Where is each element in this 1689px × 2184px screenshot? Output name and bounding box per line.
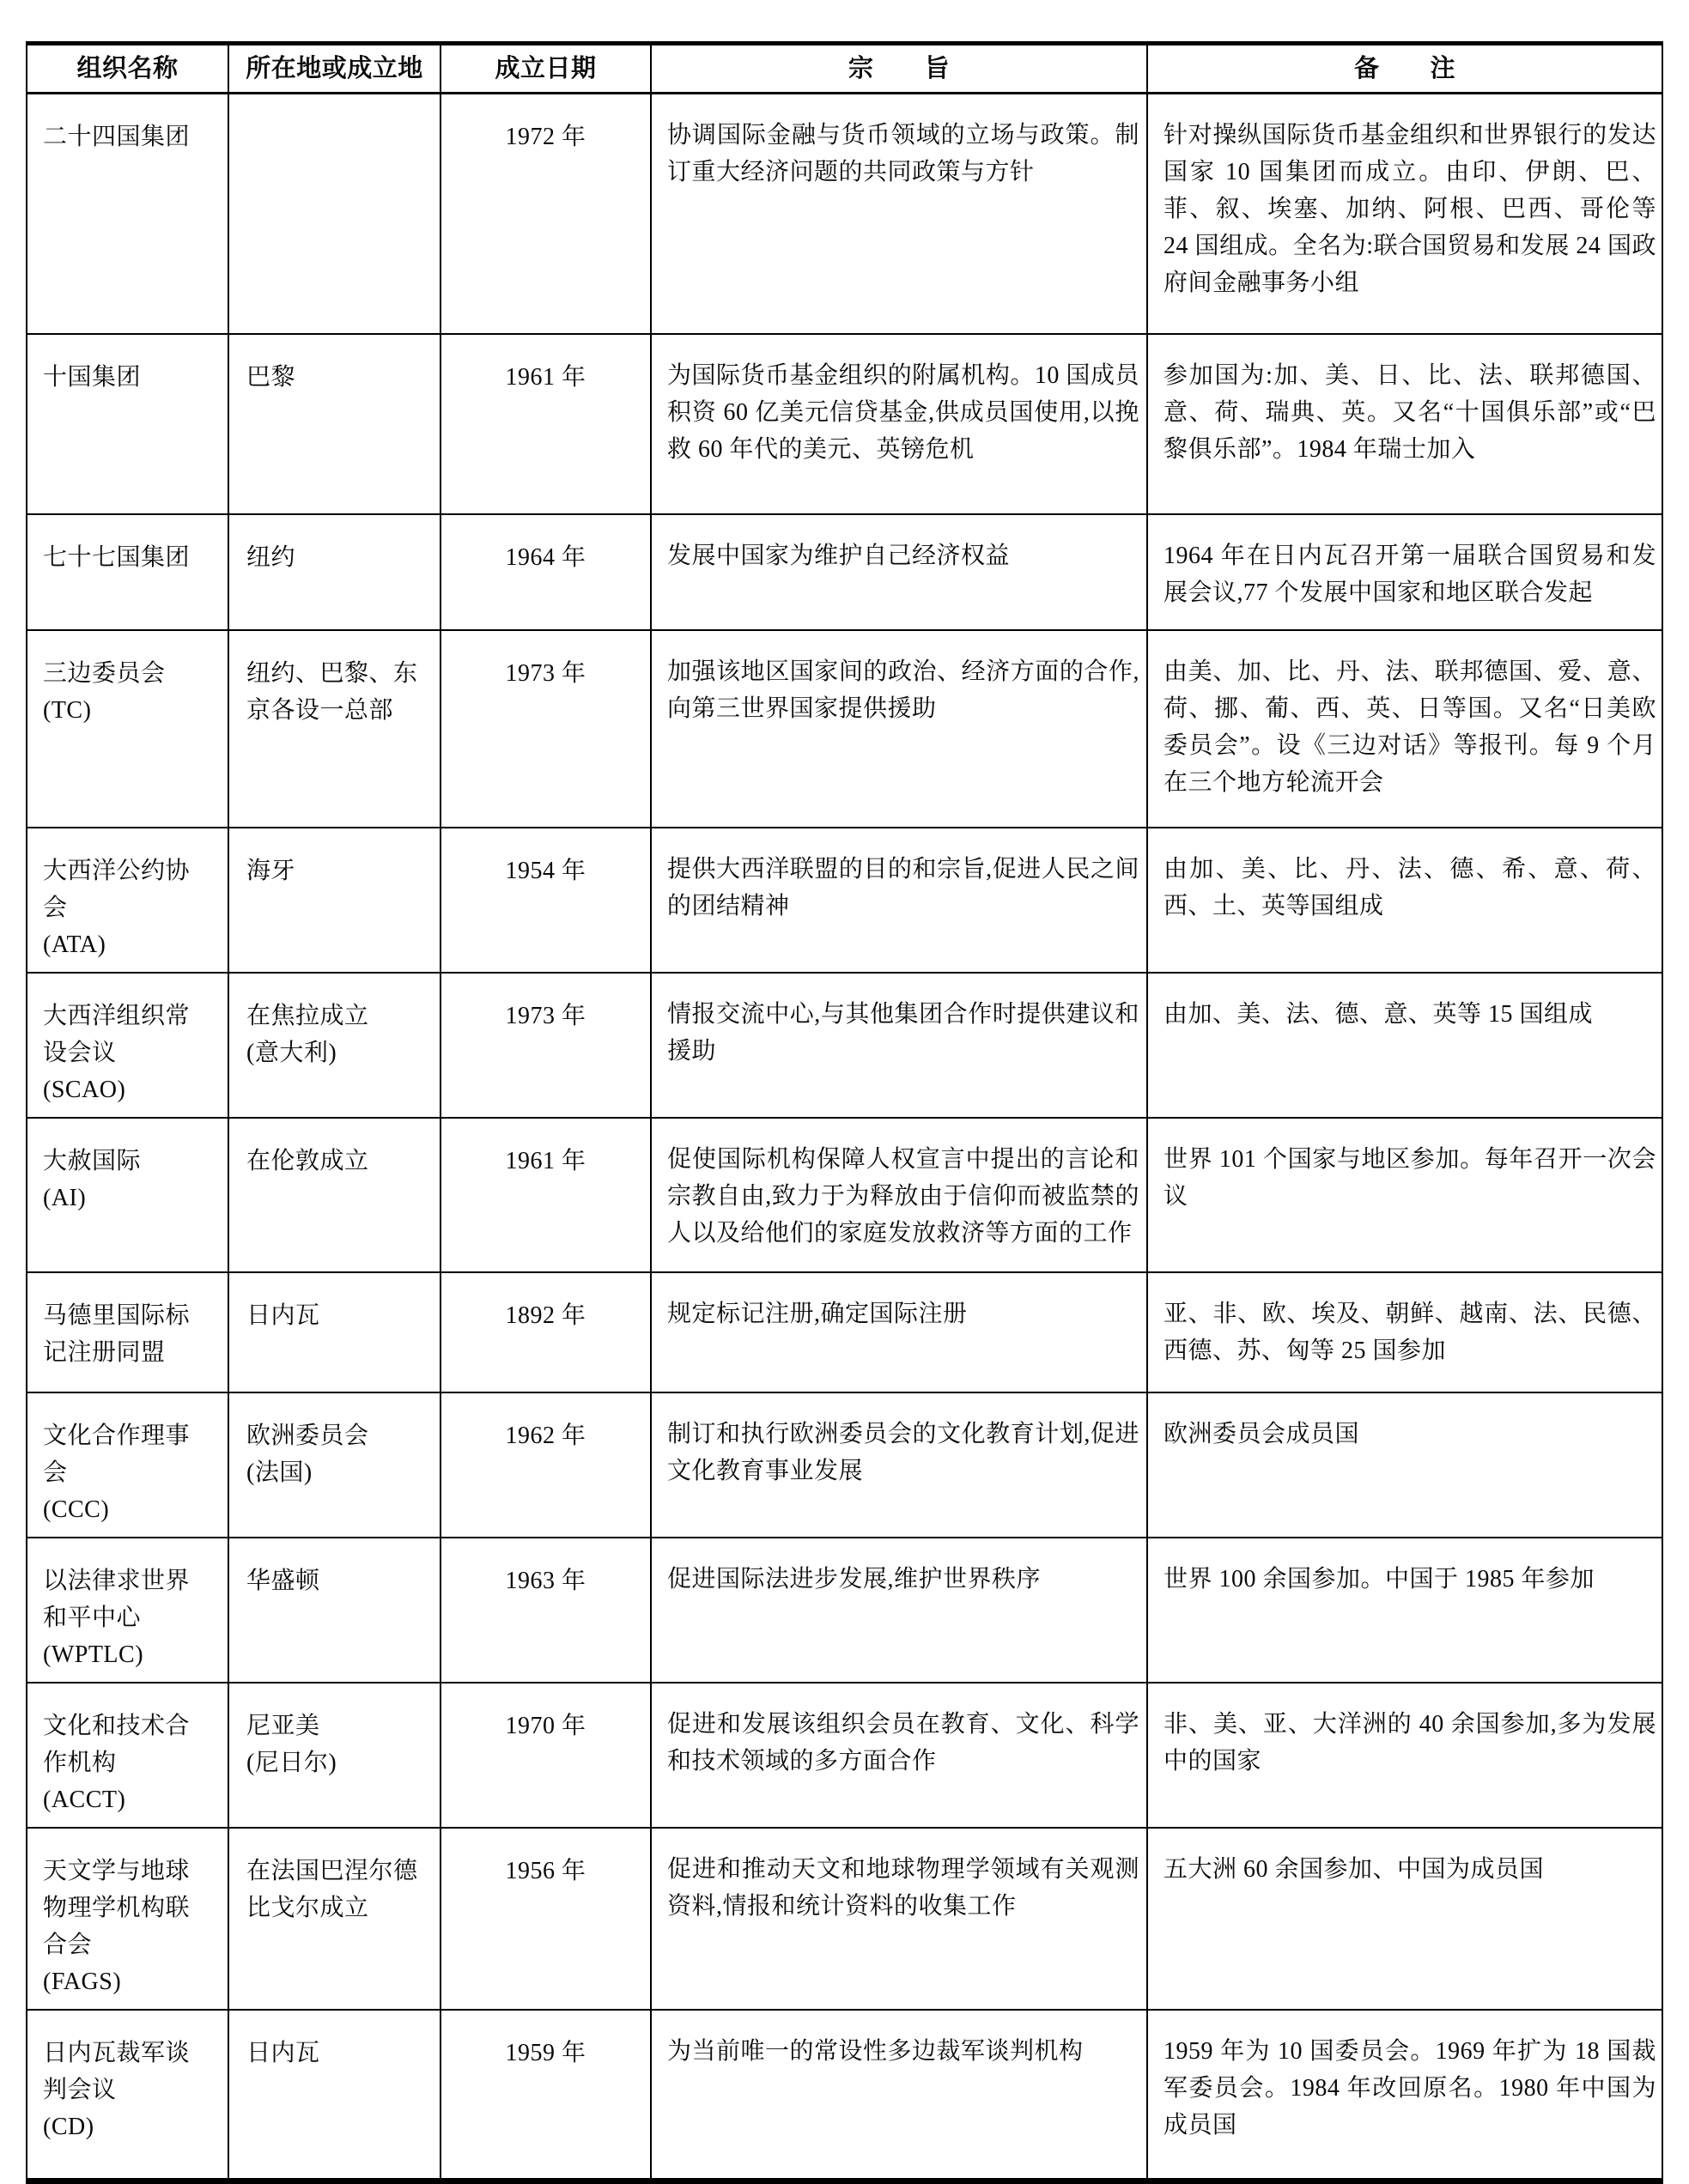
table-row: 二十四国集团 1972 年 协调国际金融与货币领域的立场与政策。制订重大经济问题… xyxy=(27,94,1662,334)
org-abbr: (SCAO) xyxy=(43,1071,207,1108)
cell-location: 欧洲委员会 (法国) xyxy=(228,1392,440,1538)
cell-date: 1963 年 xyxy=(440,1538,651,1683)
header-row: 组织名称 所在地或成立地 成立日期 宗 旨 备 注 xyxy=(27,44,1662,94)
cell-date: 1962 年 xyxy=(440,1392,651,1538)
cell-org-name: 马德里国际标记注册同盟 xyxy=(27,1272,228,1392)
cell-org-name: 十国集团 xyxy=(27,334,228,514)
cell-org-name: 大西洋组织常设会议 (SCAO) xyxy=(27,973,228,1118)
cell-location: 海牙 xyxy=(228,828,440,973)
table-row: 日内瓦裁军谈判会议 (CD) 日内瓦 1959 年 为当前唯一的常设性多边裁军谈… xyxy=(27,2010,1662,2181)
cell-notes: 亚、非、欧、埃及、朝鲜、越南、法、民德、西德、苏、匈等 25 国参加 xyxy=(1147,1272,1662,1392)
org-abbr: (CD) xyxy=(43,2108,207,2145)
org-abbr: (ATA) xyxy=(43,926,207,963)
cell-purpose: 情报交流中心,与其他集团合作时提供建议和援助 xyxy=(651,973,1147,1118)
table-row: 马德里国际标记注册同盟 日内瓦 1892 年 规定标记注册,确定国际注册 亚、非… xyxy=(27,1272,1662,1392)
table-row: 大西洋组织常设会议 (SCAO) 在焦拉成立 (意大利) 1973 年 情报交流… xyxy=(27,973,1662,1118)
cell-location: 纽约 xyxy=(228,514,440,630)
cell-purpose: 促进和推动天文和地球物理学领域有关观测资料,情报和统计资料的收集工作 xyxy=(651,1828,1147,2010)
cell-location: 华盛顿 xyxy=(228,1538,440,1683)
cell-org-name: 天文学与地球物理学机构联合会 (FAGS) xyxy=(27,1828,228,2010)
cell-purpose: 规定标记注册,确定国际注册 xyxy=(651,1272,1147,1392)
org-abbr: (TC) xyxy=(43,692,207,729)
cell-location: 在焦拉成立 (意大利) xyxy=(228,973,440,1118)
org-name: 十国集团 xyxy=(43,359,207,396)
table-row: 以法律求世界和平中心 (WPTLC) 华盛顿 1963 年 促进国际法进步发展,… xyxy=(27,1538,1662,1683)
org-name: 天文学与地球物理学机构联合会 xyxy=(43,1853,207,1963)
table-row: 文化合作理事会 (CCC) 欧洲委员会 (法国) 1962 年 制订和执行欧洲委… xyxy=(27,1392,1662,1538)
cell-location: 日内瓦 xyxy=(228,2010,440,2181)
cell-purpose: 发展中国家为维护自己经济权益 xyxy=(651,514,1147,630)
cell-notes: 世界 100 余国参加。中国于 1985 年参加 xyxy=(1147,1538,1662,1683)
cell-org-name: 大西洋公约协会 (ATA) xyxy=(27,828,228,973)
cell-location: 日内瓦 xyxy=(228,1272,440,1392)
table-row: 十国集团 巴黎 1961 年 为国际货币基金组织的附属机构。10 国成员积资 6… xyxy=(27,334,1662,514)
cell-date: 1961 年 xyxy=(440,334,651,514)
org-name: 二十四国集团 xyxy=(43,118,207,155)
cell-org-name: 二十四国集团 xyxy=(27,94,228,334)
cell-purpose: 促使国际机构保障人权宣言中提出的言论和宗教自由,致力于为释放由于信仰而被监禁的人… xyxy=(651,1118,1147,1272)
org-name: 日内瓦裁军谈判会议 xyxy=(43,2035,207,2108)
header-location: 所在地或成立地 xyxy=(228,44,440,94)
table-row: 大西洋公约协会 (ATA) 海牙 1954 年 提供大西洋联盟的目的和宗旨,促进… xyxy=(27,828,1662,973)
org-name: 马德里国际标记注册同盟 xyxy=(43,1297,207,1371)
header-date: 成立日期 xyxy=(440,44,651,94)
cell-purpose: 为当前唯一的常设性多边裁军谈判机构 xyxy=(651,2010,1147,2181)
cell-notes: 针对操纵国际货币基金组织和世界银行的发达国家 10 国集团而成立。由印、伊朗、巴… xyxy=(1147,94,1662,334)
scanned-page: 组织名称 所在地或成立地 成立日期 宗 旨 备 注 二十四国集团 1972 年 … xyxy=(0,0,1689,2184)
org-name: 以法律求世界和平中心 xyxy=(43,1562,207,1636)
cell-org-name: 以法律求世界和平中心 (WPTLC) xyxy=(27,1538,228,1683)
table-row: 大赦国际 (AI) 在伦敦成立 1961 年 促使国际机构保障人权宣言中提出的言… xyxy=(27,1118,1662,1272)
cell-org-name: 文化和技术合作机构 (ACCT) xyxy=(27,1683,228,1828)
cell-purpose: 加强该地区国家间的政治、经济方面的合作,向第三世界国家提供援助 xyxy=(651,630,1147,828)
org-abbr: (FAGS) xyxy=(43,1963,207,2000)
cell-purpose: 提供大西洋联盟的目的和宗旨,促进人民之间的团结精神 xyxy=(651,828,1147,973)
cell-org-name: 三边委员会 (TC) xyxy=(27,630,228,828)
cell-notes: 欧洲委员会成员国 xyxy=(1147,1392,1662,1538)
cell-date: 1961 年 xyxy=(440,1118,651,1272)
cell-notes: 1959 年为 10 国委员会。1969 年扩为 18 国裁军委员会。1984 … xyxy=(1147,2010,1662,2181)
cell-org-name: 大赦国际 (AI) xyxy=(27,1118,228,1272)
header-notes: 备 注 xyxy=(1147,44,1662,94)
org-abbr: (ACCT) xyxy=(43,1781,207,1818)
cell-purpose: 促进和发展该组织会员在教育、文化、科学和技术领域的多方面合作 xyxy=(651,1683,1147,1828)
org-abbr: (AI) xyxy=(43,1180,207,1216)
cell-notes: 五大洲 60 余国参加、中国为成员国 xyxy=(1147,1828,1662,2010)
org-name: 七十七国集团 xyxy=(43,539,207,576)
cell-location: 尼亚美 (尼日尔) xyxy=(228,1683,440,1828)
cell-notes: 1964 年在日内瓦召开第一届联合国贸易和发展会议,77 个发展中国家和地区联合… xyxy=(1147,514,1662,630)
cell-date: 1954 年 xyxy=(440,828,651,973)
cell-notes: 参加国为:加、美、日、比、法、联邦德国、意、荷、瑞典、英。又名“十国俱乐部”或“… xyxy=(1147,334,1662,514)
table-row: 天文学与地球物理学机构联合会 (FAGS) 在法国巴涅尔德比戈尔成立 1956 … xyxy=(27,1828,1662,2010)
cell-notes: 由加、美、法、德、意、英等 15 国组成 xyxy=(1147,973,1662,1118)
cell-date: 1973 年 xyxy=(440,973,651,1118)
cell-date: 1973 年 xyxy=(440,630,651,828)
cell-notes: 由美、加、比、丹、法、联邦德国、爱、意、荷、挪、葡、西、英、日等国。又名“日美欧… xyxy=(1147,630,1662,828)
cell-location: 巴黎 xyxy=(228,334,440,514)
cell-location: 纽约、巴黎、东京各设一总部 xyxy=(228,630,440,828)
cell-location xyxy=(228,94,440,334)
org-name: 文化合作理事会 xyxy=(43,1417,207,1491)
cell-purpose: 制订和执行欧洲委员会的文化教育计划,促进文化教育事业发展 xyxy=(651,1392,1147,1538)
cell-date: 1959 年 xyxy=(440,2010,651,2181)
cell-date: 1972 年 xyxy=(440,94,651,334)
org-abbr: (CCC) xyxy=(43,1491,207,1528)
cell-date: 1956 年 xyxy=(440,1828,651,2010)
cell-location: 在伦敦成立 xyxy=(228,1118,440,1272)
org-name: 文化和技术合作机构 xyxy=(43,1708,207,1781)
header-purpose: 宗 旨 xyxy=(651,44,1147,94)
header-org-name: 组织名称 xyxy=(27,44,228,94)
cell-notes: 世界 101 个国家与地区参加。每年召开一次会议 xyxy=(1147,1118,1662,1272)
cell-org-name: 七十七国集团 xyxy=(27,514,228,630)
cell-org-name: 日内瓦裁军谈判会议 (CD) xyxy=(27,2010,228,2181)
cell-notes: 非、美、亚、大洋洲的 40 余国参加,多为发展中的国家 xyxy=(1147,1683,1662,1828)
cell-date: 1892 年 xyxy=(440,1272,651,1392)
cell-date: 1970 年 xyxy=(440,1683,651,1828)
org-name: 大西洋公约协会 xyxy=(43,852,207,926)
org-name: 三边委员会 xyxy=(43,655,207,692)
org-name: 大赦国际 xyxy=(43,1143,207,1180)
cell-date: 1964 年 xyxy=(440,514,651,630)
cell-notes: 由加、美、比、丹、法、德、希、意、荷、西、土、英等国组成 xyxy=(1147,828,1662,973)
table-row: 三边委员会 (TC) 纽约、巴黎、东京各设一总部 1973 年 加强该地区国家间… xyxy=(27,630,1662,828)
org-abbr: (WPTLC) xyxy=(43,1636,207,1673)
cell-org-name: 文化合作理事会 (CCC) xyxy=(27,1392,228,1538)
cell-purpose: 协调国际金融与货币领域的立场与政策。制订重大经济问题的共同政策与方针 xyxy=(651,94,1147,334)
table-row: 文化和技术合作机构 (ACCT) 尼亚美 (尼日尔) 1970 年 促进和发展该… xyxy=(27,1683,1662,1828)
cell-location: 在法国巴涅尔德比戈尔成立 xyxy=(228,1828,440,2010)
organizations-table: 组织名称 所在地或成立地 成立日期 宗 旨 备 注 二十四国集团 1972 年 … xyxy=(26,41,1663,2184)
table-row: 七十七国集团 纽约 1964 年 发展中国家为维护自己经济权益 1964 年在日… xyxy=(27,514,1662,630)
cell-purpose: 为国际货币基金组织的附属机构。10 国成员积资 60 亿美元信贷基金,供成员国使… xyxy=(651,334,1147,514)
org-name: 大西洋组织常设会议 xyxy=(43,998,207,1071)
cell-purpose: 促进国际法进步发展,维护世界秩序 xyxy=(651,1538,1147,1683)
